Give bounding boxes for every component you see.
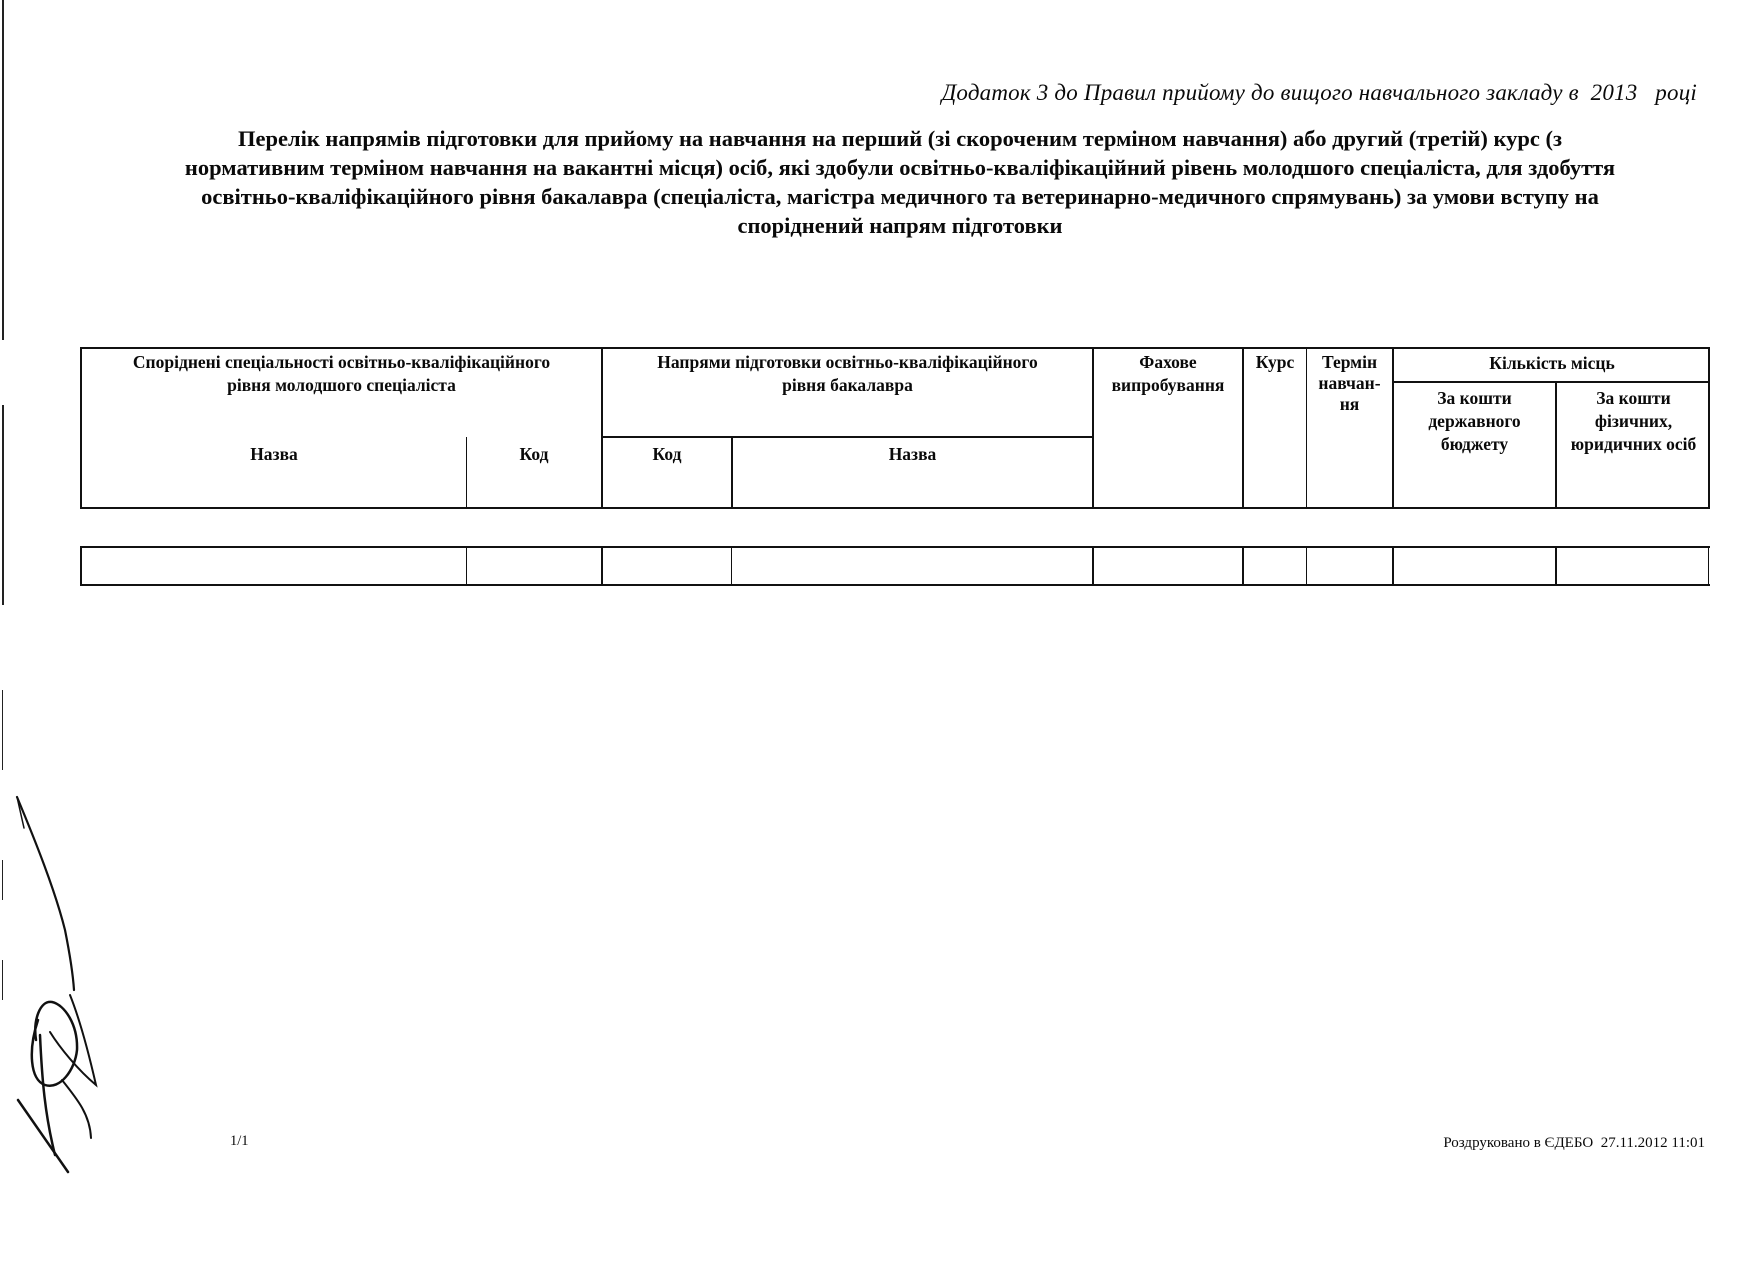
- table-border: [80, 507, 1710, 509]
- header-text: юридичних осіб: [1557, 433, 1710, 456]
- header-text: ня: [1307, 393, 1392, 416]
- header-term: Термін навчан- ня: [1307, 351, 1392, 416]
- document-title: Перелік напрямів підготовки для прийому …: [120, 124, 1680, 240]
- row-border: [80, 546, 82, 586]
- header-text: випробування: [1094, 374, 1242, 397]
- header-exam: Фахове випробування: [1094, 351, 1242, 397]
- seats-subheader-line: [1392, 381, 1710, 383]
- scan-edge-mark: [2, 690, 3, 770]
- header-text: Споріднені спеціальності освітньо-кваліф…: [82, 351, 601, 374]
- header-text: державного: [1394, 410, 1555, 433]
- header-text: фізичних,: [1557, 410, 1710, 433]
- scan-edge-mark: [2, 405, 4, 605]
- title-line: освітньо-кваліфікаційного рівня бакалавр…: [120, 182, 1680, 211]
- header-group-bachelor: Напрями підготовки освітньо-кваліфікацій…: [603, 351, 1092, 397]
- header-private-funds: За кошти фізичних, юридичних осіб: [1557, 387, 1710, 456]
- header-js-name: Назва: [82, 443, 466, 466]
- printed-timestamp: Роздруковано в ЄДЕБО 27.11.2012 11:01: [1443, 1135, 1705, 1152]
- handwritten-signature: [0, 780, 120, 1180]
- bachelor-subheader-line: [601, 436, 1092, 438]
- header-js-code: Код: [467, 443, 601, 466]
- header-text: Напрями підготовки освітньо-кваліфікацій…: [603, 351, 1092, 374]
- column-divider: [601, 546, 603, 586]
- title-line: Перелік напрямів підготовки для прийому …: [120, 124, 1680, 153]
- column-divider: [731, 546, 732, 586]
- header-state-budget: За кошти державного бюджету: [1394, 387, 1555, 456]
- header-b-code: Код: [603, 443, 731, 466]
- header-text: За кошти: [1394, 387, 1555, 410]
- row-border: [1708, 546, 1709, 586]
- header-text: За кошти: [1557, 387, 1710, 410]
- header-text: навчан-: [1307, 372, 1392, 395]
- header-text: бюджету: [1394, 433, 1555, 456]
- header-text: рівня молодшого спеціаліста: [82, 374, 601, 397]
- header-text: Термін: [1307, 351, 1392, 374]
- header-group-junior-specialist: Споріднені спеціальності освітньо-кваліф…: [82, 351, 601, 397]
- row-border: [80, 584, 1710, 586]
- column-divider: [1242, 546, 1244, 586]
- page-number: 1/1: [230, 1133, 249, 1150]
- column-divider: [1306, 546, 1307, 586]
- header-course: Курс: [1244, 351, 1306, 374]
- header-text: рівня бакалавра: [603, 374, 1092, 397]
- table-border: [80, 347, 1710, 349]
- column-divider: [1092, 546, 1094, 586]
- scan-edge-mark: [2, 0, 4, 340]
- column-divider: [1555, 546, 1557, 586]
- annex-note: Додаток 3 до Правил прийому до вищого на…: [942, 80, 1697, 106]
- header-b-name: Назва: [733, 443, 1092, 466]
- header-text: Фахове: [1094, 351, 1242, 374]
- column-divider: [1392, 546, 1394, 586]
- row-border: [80, 546, 1710, 548]
- title-line: споріднений напрям підготовки: [120, 211, 1680, 240]
- title-line: нормативним терміном навчання на вакантн…: [120, 153, 1680, 182]
- column-divider: [466, 546, 467, 586]
- header-group-seats: Кількість місць: [1394, 352, 1710, 375]
